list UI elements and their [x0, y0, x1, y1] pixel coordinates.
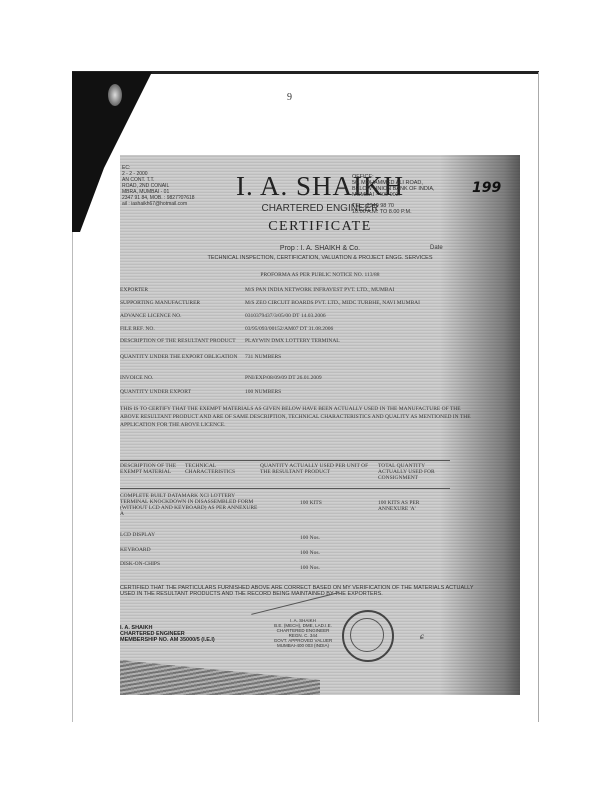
page-number: 9 — [287, 92, 292, 103]
table-header-technical: TECHNICAL CHARACTERISTICS — [185, 463, 245, 475]
table-header-per-unit: QUANTITY ACTUALLY USED PER UNIT OF THE R… — [260, 463, 370, 475]
services-line: TECHNICAL INSPECTION, CERTIFICATION, VAL… — [120, 255, 520, 261]
table-header-description: DESCRIPTION OF THE EXEMPT MATERIAL — [120, 463, 180, 475]
handwritten-initials: ɕ — [420, 631, 424, 641]
table-row-per-unit: 100 KITS — [300, 500, 322, 506]
proprietor-line: Prop : I. A. SHAIKH & Co. — [120, 245, 520, 252]
letterhead-name: I. A. SHAIKH — [120, 171, 520, 202]
certified-statement: CERTIFIED THAT THE PARTICULARS FURNISHED… — [120, 585, 480, 597]
scan-dark-area — [120, 645, 320, 695]
scan-glare — [108, 84, 122, 106]
signatory-block: I. A. SHAIKH CHARTERED ENGINEER MEMBERSH… — [120, 625, 215, 643]
table-rule — [120, 460, 450, 461]
table-row-per-unit: 100 Nos. — [300, 535, 320, 541]
table-row-description: LCD DISPLAY — [120, 532, 155, 538]
scanned-certificate: EC: 2 - 2 - 2000 AN CONT. T.T. ROAD, 2ND… — [120, 155, 520, 695]
table-row-per-unit: 100 Nos. — [300, 550, 320, 556]
proforma-line: PROFORMA AS PER PUBLIC NOTICE NO. 113/88 — [120, 272, 520, 278]
seal-inner-ring — [350, 618, 384, 652]
table-row-description: DISK-ON-CHIPS — [120, 561, 160, 567]
certification-statement: THIS IS TO CERTIFY THAT THE EXEMPT MATER… — [120, 405, 480, 429]
letterhead-subtitle: CHARTERED ENGINEER — [120, 203, 520, 214]
letterhead-office: OFFICE: 56, MOHAMMED ALI ROAD, BELOW UNI… — [352, 174, 435, 215]
table-row-per-unit: 100 Nos. — [300, 565, 320, 571]
page-edge-right — [538, 72, 539, 722]
round-seal-icon — [342, 610, 394, 662]
table-row-total: 100 KITS AS PER ANNEXURE 'A' — [378, 500, 448, 512]
rubber-stamp-text: I. A. SHAIKH B.E. (MECH), DME, LAD.I.E. … — [258, 618, 348, 648]
table-header-total: TOTAL QUANTITY ACTUALLY USED FOR CONSIGN… — [378, 463, 448, 481]
table-row-description: KEYBOARD — [120, 547, 151, 553]
table-row-description: COMPLETE BUILT DATAMARK XCI LOTTERY TERM… — [120, 493, 260, 517]
table-rule — [120, 488, 450, 489]
handwritten-number: 199 — [472, 180, 501, 196]
certificate-heading: CERTIFICATE — [120, 219, 520, 235]
